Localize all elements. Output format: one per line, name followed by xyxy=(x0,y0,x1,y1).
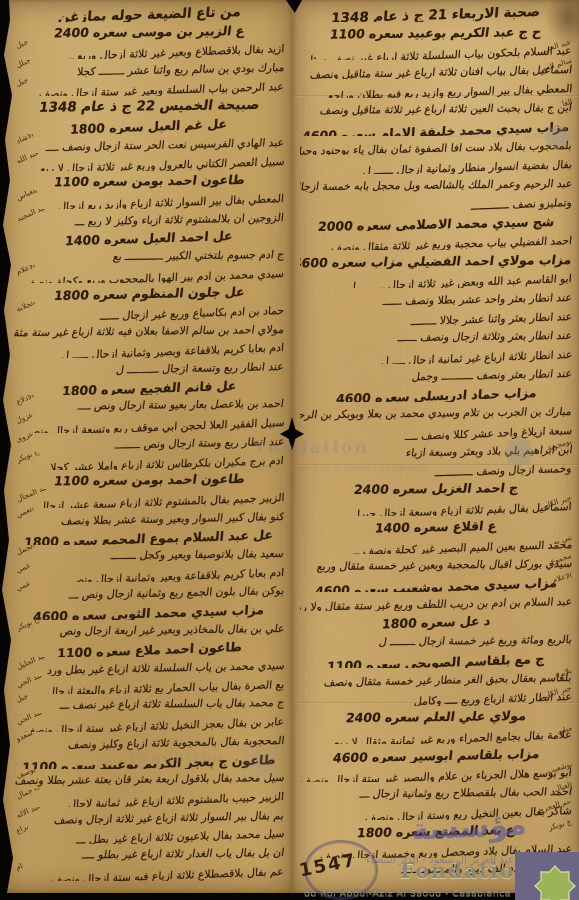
entry-line: جبللمبارك بودي بن سالم ربع واثنا عشر ـــ… xyxy=(14,59,284,78)
entry-line: مجموعسيدي بوركل اقبال بالمحجبة وبعين غير… xyxy=(300,554,572,573)
handwritten-text: مبارك بودي بن سالم ربع واثنا عشر ـــــــ… xyxy=(76,59,284,78)
handwritten-text: سبيل الفقير العلا لحجن ابي موقف ربع وتسع… xyxy=(26,414,284,433)
price-line: طاعون احمد بومن سعره 1100 xyxy=(14,470,284,489)
handwritten-text: محمد السبع بعين الميم البصير غير كجلة ون… xyxy=(349,535,572,554)
price-line: مزاب حماد ادريسلي سعره 4600 xyxy=(300,383,572,402)
margin-note: الادلاع xyxy=(14,395,37,412)
handwritten-text: بم بفال بير السوار ثلاثة ازباع غير ثلاثة… xyxy=(53,807,284,826)
handwritten-text: ازيد بفال بلاقصطلاع وبعير غير ثلاثة ازجا… xyxy=(60,40,284,59)
margin-note: عبد المجيد xyxy=(14,209,51,228)
entry-line: عند انطار بعثر واثنا عشر جلالا ــــــــ xyxy=(300,307,572,326)
handwritten-text: طاعون ج بعجر الكريم بوعبيد سعره 1100 xyxy=(22,751,277,770)
price-line: مزاب سيدي محمد الثوبي سعره 4600 xyxy=(14,601,284,620)
handwritten-text: د عل سعره 1800 xyxy=(381,611,491,630)
handwritten-text: احمد بن بلاعصل بعار بعيو ستة ازجال ونص ـ… xyxy=(77,395,284,414)
handwritten-text: ادم بعابا كريم بلاقفاعة وبصير وثمانية از… xyxy=(61,339,284,358)
handwritten-text: ح ج عبد الكريم بوعبيد سعره 1100 xyxy=(329,22,543,41)
handwritten-text: بلقاسم بعقال بحبق الغر منطار غير خمسة مث… xyxy=(323,668,572,687)
entry-line: بني بهمحمد السبع بعين الميم البصير غير ك… xyxy=(300,535,572,554)
entry-line: عبد الحيعبد السلام بلحكون بياب السلسلة ث… xyxy=(300,41,572,60)
price-line: عل عبد السلام بموع المجمع سعره 1800 xyxy=(14,526,284,545)
handwritten-text: ابن ج بفال بحبث العين ثلاثة ارباع غير ثل… xyxy=(319,98,572,117)
handwritten-text: طاعون احمد بومن سعره 1100 xyxy=(52,470,245,489)
entry-line: عبد الحيبع الصرة بفال بياب الحمار بع ثلا… xyxy=(14,676,284,695)
handwritten-text: شج سيدي محمد الاصلامي سعره 2000 xyxy=(317,212,556,231)
handwritten-text: مولاي احمد بن سالم الاصفا بعلان فيه ثلاث… xyxy=(14,321,284,340)
handwritten-text: عند انطار بعثر وثلاثة ازجال ونصف ــــــ xyxy=(397,326,572,345)
margin-note: جبل xyxy=(14,694,32,709)
entry-line: مبليعلامة بفال بجامع الحمراء وربع غير ثم… xyxy=(300,725,572,744)
entry-line: مولاي احمد بن سالم الاصفا بعلان فيه ثلاث… xyxy=(14,321,284,340)
price-line: الاعلاممزاب سيدي محمد بوشعيب سعره 4600 xyxy=(300,573,572,592)
handwritten-text: ابو بوسع هلال الجرباء بن علام والبصير غي… xyxy=(300,763,572,782)
handwritten-text: سعيد بفال بلاتوصيفا وبعير وكجل ــــــــ xyxy=(110,545,284,564)
entry-line: عبد السلام بن ادم بن دريب اللطف وربع غير… xyxy=(300,592,572,611)
handwritten-text: سيدي بوركل اقبال بالمحجبة وبعين غير خمسة… xyxy=(315,554,572,573)
entry-line: الادلاعاحمد بن بلاعصل بعار بعيو ستة ازجا… xyxy=(14,395,284,414)
handwritten-text: عند انطار بعثر ونصف ــــــــــ وجمل xyxy=(411,364,572,383)
handwritten-text: كنو بفال كبير السوار وبعير وستة عشر بطلا… xyxy=(60,508,284,527)
entry-line: عبد المجيدالزوجين ان بلالمشتوم ثلاثة ازب… xyxy=(14,209,284,228)
handwritten-text: عند انطار ربع وستة ازجال ونص ــــــــ xyxy=(114,433,284,452)
price-line: مزاب سيدي محمد خليفة الامام سعره 4600 xyxy=(300,117,572,136)
handwritten-text: عل عبد السلام بموع المجمع سعره 1800 xyxy=(24,526,275,545)
handwritten-text: بوكن بفال بلون الجمع ربع وثمانية ازجال و… xyxy=(68,582,284,601)
entry-line: بلابرةبلقاسم بعقال بحبق الغر منطار غير خ… xyxy=(300,668,572,687)
price-line: مولاي علي العلم سعره 2400 xyxy=(300,706,572,725)
handwritten-text: طاعون احمد بومن سعره 1100 xyxy=(52,171,245,190)
handwritten-text: عند انطار بعثر واحد عشر بطلا ونصف ــــــ xyxy=(382,288,572,307)
handwritten-text: طاعون احمد ملاع سعره 1100 xyxy=(56,638,242,657)
margin-note: الاشاد xyxy=(14,134,37,151)
entry-line: عند انطار بعثر ونصف ــــــــــ وجمل xyxy=(300,364,572,383)
margin-note: ج بوبكر xyxy=(546,820,572,837)
handwritten-text: سبيل العصر الكتاني بالعرول وربع غير ثلاث… xyxy=(39,153,284,172)
entry-line: عميبوكن بفال بلون الجمع ربع وثمانية ازجا… xyxy=(14,582,284,601)
handwritten-text: صبيحة الخميس 22 ج ذ عام 1348 xyxy=(37,96,260,115)
price-line: ح ج عبد الكريم بوعبيد سعره 1100 xyxy=(300,22,572,41)
margin-note: سعدو xyxy=(14,732,37,748)
handwritten-text: سيل محمد بفال بلاعيون ثلاثة ازباع غير بط… xyxy=(75,825,284,844)
handwritten-text: ج ادم جسوم بلتختي الكبير ــــــــــــ بع xyxy=(112,246,284,265)
handwritten-text: المحجوبة بفال بالمحجوبة ثلاثة ازباع وكلي… xyxy=(67,732,284,751)
entry-line: ج بوبكرادم برج مكيران بلكرطاس ثلاثة ازبا… xyxy=(14,452,284,471)
handwritten-text: ج احمد الغزبل سعره 2400 xyxy=(352,478,519,497)
handwritten-text: وخمسة ازجال ونصف ــــــــــــ xyxy=(435,459,572,478)
handwritten-text: من تاع الضيعة حوله بمازغن xyxy=(57,3,241,22)
entry-line: مبارك بن الجرب بن تلام وسيدي محمد بن بعل… xyxy=(300,402,572,421)
margin-note: العمي xyxy=(14,508,38,525)
handwritten-text: مزاب سيدي محمد الثوبي سعره 4600 xyxy=(33,601,266,620)
entry-line: عبد الحيعابر بن بفال بعجز النخيل ثلاثة ا… xyxy=(14,713,284,732)
price-line: ج احمد الغزبل سعره 2400 xyxy=(300,478,572,497)
margin-note: ج بوبكر xyxy=(14,452,42,470)
left-text-column: من تاع الضيعة حوله بمازغنع الزبير بن موس… xyxy=(14,0,284,900)
handwritten-text: ج مع بلقاسم الصوبحي سعره 1100 xyxy=(327,649,546,668)
handwritten-text: سيدي محمد بن ادم بير الهوا بالمحجوب وربع… xyxy=(24,265,284,284)
handwritten-text: حماد بن ادم بكاسباع وربع غير ازجال ـــــ… xyxy=(99,302,284,321)
handwritten-text: ابن ابراهيم بلي بلاد وبعثر وسبعة ازباء xyxy=(404,440,572,459)
entry-line: عميادم بعابا كريم بلاقفاعة وبعير وثمانية… xyxy=(14,564,284,583)
handwritten-text: عند انطار بعثر واثنا عشر جلالا ــــــــ xyxy=(410,307,572,326)
price-line: مزاب بلقاسم ابوسير سعره 4600 xyxy=(300,744,572,763)
handwritten-text: مبارك بن الجرب بن تلام وسيدي محمد بن بعل… xyxy=(300,402,572,421)
entry-line: جبلازيد بفال بلاقصطلاع وبعير غير ثلاثة ا… xyxy=(14,40,284,59)
price-line: شج سيدي محمد الاصلامي سعره 2000 xyxy=(300,212,572,231)
margin-note: عمي xyxy=(14,582,34,598)
entry-line: غزولسبيل الفقير العلا لحجن ابي موقف ربع … xyxy=(14,414,284,433)
entry-line: الحملسعيد بفال بلاتوصيفا وبعير وكجل ــــ… xyxy=(14,545,284,564)
entry-line: عند انطار ثلاثة ازباع غير ثمانية ازجال ـ… xyxy=(300,345,572,364)
margin-note: عبد الحي xyxy=(14,676,47,695)
entry-line: وخمسة ازجال ونصف ــــــــــــ xyxy=(300,459,572,478)
margin-note: عبد الله xyxy=(14,153,43,171)
handwritten-text: بفال بفضية انسوار منطار وثمانية ازجال ــ… xyxy=(362,155,572,174)
handwritten-text: ع الزبير بن موسى سعره 2400 xyxy=(52,22,245,41)
price-line: ج مع بلقاسم الصوبحي سعره 1100 xyxy=(300,649,572,668)
entry-line: جبلعبد الرحمن بياب السلسلة وبعير غير ستة… xyxy=(14,78,284,97)
margin-note: عمي xyxy=(14,564,34,580)
handwritten-text: جلاص بني بلاد الف ديور والمحمود ـــــ xyxy=(401,858,572,877)
price-line: ع الزبير بن موسى سعره 2400 xyxy=(14,22,284,41)
entry-line: ان بل بفال ياب الغدار ثلاثة ازباع غير بط… xyxy=(14,844,284,863)
handwritten-text: عبد السلام بلحكون بياب السلسلة ثلاثة ارب… xyxy=(305,41,572,60)
date-header: صبيحة الخميس 22 ج ذ عام 1348 xyxy=(14,96,284,115)
price-line: عل فانم الفجيع سعره 1800 xyxy=(14,377,284,396)
handwritten-text: عابر بن بفال بعجز النخيل ثلاثة ازباع غير… xyxy=(24,713,284,732)
entry-line: بفال بفضية انسوار منطار وثمانية ازجال ــ… xyxy=(300,155,572,174)
entry-line: ابو القاسم عبد الله وبعض غير ثلاثة ازجال… xyxy=(300,269,572,288)
entry-line: احمد الفضيلي بياب محجبة وربع غير ثلاثة م… xyxy=(300,231,572,250)
handwritten-text: عل جلون المنظوم سعره 1800 xyxy=(53,283,246,302)
handwritten-text: اسماعيل بفال بياب افنان ثلاثة ارباع غير … xyxy=(309,60,572,79)
entry-line: عبد اللهسبيل العصر الكتاني بالعرول وربع … xyxy=(14,153,284,172)
margin-note: ج بوبكر xyxy=(14,620,42,638)
entry-line: عند انطار بعثر وثلاثة ازجال ونصف ــــــ xyxy=(300,326,572,345)
handwritten-text: ابو القاسم عبد الله وبعض غير ثلاثة ازجال… xyxy=(348,269,572,288)
entry-line: عم العجريشاكر بفال بعين النخيل ربع وستة … xyxy=(300,801,572,820)
handwritten-text: بع الصرة بفال بياب الحمار بع ثلاثة ازباع… xyxy=(46,676,284,695)
handwritten-text: مزاب حماد ادريسلي سعره 4600 xyxy=(335,383,537,402)
handwritten-text: المعطي بفال بير السوار ربع وازيد ربع فيه… xyxy=(327,79,572,98)
handwritten-text: عند انطار ربع وتسعة ازجال ــــــــــ ل xyxy=(115,358,284,377)
handwritten-text: ادم بعابا كريم بلاقفاعة وبعير وثمانية از… xyxy=(70,564,284,583)
handwritten-text: عل احمد العبل سعره 1400 xyxy=(64,227,233,246)
handwritten-text: المعطي بفال بير السوار ثلاثة ازباع وازيد… xyxy=(58,190,284,209)
handwritten-text: مزاب بلقاسم ابوسير سعره 4600 xyxy=(332,744,541,763)
price-line: طاعون ج بعجر الكريم بوعبيد سعره 1100 xyxy=(14,751,284,770)
handwritten-text: بلمحجوب بفال بلاد ست افا الصفوة ثمان بفا… xyxy=(300,136,572,155)
handwritten-text: عبد السلام بن ادم بن دريب اللطف وربع غير… xyxy=(300,592,572,611)
handwritten-text: عبد الهادي الفرسيس نعت الحر ستة ازجال ون… xyxy=(45,134,284,153)
handwritten-text: مولاي علي العلم سعره 2400 xyxy=(344,706,527,725)
handwritten-text: عند انطار ثلاثة ازباع غير ثمانية ازجال ـ… xyxy=(380,345,572,364)
margin-note: غزوى xyxy=(14,433,37,449)
price-line: طاعون احمد بومن سعره 1100 xyxy=(14,171,284,190)
price-line: عل جلون المنظوم سعره 1800 xyxy=(14,283,284,302)
handwritten-text: عبد الرحيم وعمر الملك بالشالصه وبل محجل … xyxy=(300,174,572,193)
handwritten-text: الزبير جميم بفال بالمشتوم ثلاثة ازباع سب… xyxy=(37,489,284,508)
handwritten-text: احمد الحب بفال بلقصطلاح ربع وثمانية ازجا… xyxy=(359,782,572,801)
entry-line: الاعلامسيدي محمد بن ادم بير الهوا بالمحج… xyxy=(14,265,284,284)
entry-line: بالربع ومائة وربع غير خمسة ازجال ـــــــ… xyxy=(300,630,572,649)
date-header: صحبة الاربعاء 21 ج ذ عام 1348 xyxy=(300,3,572,22)
right-text-column: صحبة الاربعاء 21 ج ذ عام 1348ح ج عبد الك… xyxy=(300,0,572,900)
handwritten-text: عبد الرحمن بياب السلسلة وبعير غير ستة از… xyxy=(26,78,284,97)
handwritten-text: مزاب مولاي احمد الفضيلي مزاب سعره 4600 xyxy=(300,250,572,269)
handwritten-text: الزبير حبيب بالمشتوم ثلاثة ازباع غير ثما… xyxy=(68,788,284,807)
entry-line: ذا جمالالزبير حبيب بالمشتوم ثلاثة ازباع … xyxy=(14,788,284,807)
entry-line: عبد الجليلسيدي محمد بن ياب السلسلة ثلاثة… xyxy=(14,657,284,676)
handwritten-text: عل غم العبل سعره 1800 xyxy=(70,115,228,134)
handwritten-text: مزاب سيدي محمد بوشعيب سعره 4600 xyxy=(314,573,557,592)
entry-line: غزوىعند انطار ربع وستة ازجال ونص ـــــــ… xyxy=(14,433,284,452)
margin-note: جبل xyxy=(14,40,32,55)
entry-line: عند انطار ربع وتسعة ازجال ــــــــــ ل xyxy=(14,358,284,377)
entry-line: سعدوالمحجوبة بفال بالمحجوبة ثلاثة ازباع … xyxy=(14,732,284,751)
entry-line: وتمليزو نصف ــــــــــــ xyxy=(300,193,572,212)
handwritten-text: عند انطار ثلاثة ازباع وربع ــــ وكامل xyxy=(413,687,572,706)
handwritten-text: سيدي محمد بن ياب السلسلة ثلاثة ازباع غير… xyxy=(45,657,284,676)
entry-line: يوسفسيل محمد بفال بلاقول اربعة بعثر قان … xyxy=(14,769,284,788)
price-line: عل احمد العبل سعره 1400 xyxy=(14,227,284,246)
entry-line: ج ادم جسوم بلتختي الكبير ــــــــــــ بع xyxy=(14,246,284,265)
entry-line: سبعة ازيلاغ واحد عشر كللا ونصف ــــ xyxy=(300,421,572,440)
entry-line: امعم بفال بلاقصطلاع ثلاثة ازباع فيه ستة … xyxy=(14,863,284,882)
handwritten-text: مزاب سيدي محمد خليفة الامام سعره 4600 xyxy=(302,117,570,136)
handwritten-text: عل فانم الفجيع سعره 1800 xyxy=(61,377,237,396)
price-line: عل غم العبل سعره 1800 xyxy=(14,115,284,134)
entry-line: عبد المجالالزبير جميم بفال بالمشتوم ثلاث… xyxy=(14,489,284,508)
handwritten-text: وتمليزو نصف ــــــــــــ xyxy=(471,193,572,212)
entry-line: بلمحجوب بفال بلاد ست افا الصفوة ثمان بفا… xyxy=(300,136,572,155)
price-line: د عل سعره 1800 xyxy=(300,611,572,630)
entry-line: ج بوبكرعلي بن بفال بالمخاذير وبعير غير ا… xyxy=(14,620,284,639)
handwritten-text: اسماعيل بفال بقيم ثلاثة ازباع وسبعة ازجا… xyxy=(357,497,572,516)
handwritten-text: ع بعد المصنع سعره 1800 xyxy=(356,820,516,839)
entry-line: ادم بعابا كريم بلاقفاعة وبصير وثمانية از… xyxy=(14,339,284,358)
margin-note: عبد الجليل xyxy=(14,657,51,676)
entry-line: بلعباسالمعطي بفال بير السوار ثلاثة ازباع… xyxy=(14,190,284,209)
price-line: طاعون احمد ملاع سعره 1100 xyxy=(14,638,284,657)
handwritten-text: احمد الفضيلي بياب محجبة وربع غير ثلاثة م… xyxy=(317,231,572,250)
entry-line: الاشادعبد الهادي الفرسيس نعت الحر ستة از… xyxy=(14,134,284,153)
entry-line: سالم العماسماعيل بفال بياب افنان ثلاثة ا… xyxy=(300,60,572,79)
margin-note: براع xyxy=(14,825,32,840)
margin-note: ام xyxy=(14,863,26,877)
handwritten-text: عم بفال بلاقصطلاع ثلاثة ازباع فيه ستة از… xyxy=(51,863,284,882)
entry-line: بومجوبةابن ابراهيم بلي بلاد وبعثر وسبعة … xyxy=(300,440,572,459)
handwritten-text: الزوجين ان بلالمشتوم ثلاثة ازباء وكليز ل… xyxy=(74,209,284,228)
price-line: مزاب مولاي احمد الفضيلي مزاب سعره 4600 xyxy=(300,250,572,269)
handwritten-text: شاكر بفال بعين النخيل ربع وستة ازجال ونص… xyxy=(365,801,572,820)
handwritten-text: سيل محمد بفال بلاقول اربعة بعثر قان بعثة… xyxy=(14,769,284,788)
margin-note: بلعباس xyxy=(14,190,41,207)
handwritten-text: ان بل بفال ياب الغدار ثلاثة ازباع غير بط… xyxy=(80,844,284,863)
handwritten-text: ع اقلاع سعره 1400 xyxy=(374,516,498,535)
entry-line: المعطي بفال بير السوار ربع وازيد ربع فيه… xyxy=(300,79,572,98)
entry-line: عند انطار بعثر واحد عشر بطلا ونصف ــــــ xyxy=(300,288,572,307)
handwritten-text: ج محمد بفال ياب السلسلة ثلاثة ازباع غير … xyxy=(58,694,284,713)
margin-note: عبد الاله xyxy=(14,807,44,825)
price-line: ع اقلاع سعره 1400 xyxy=(300,516,572,535)
entry-line: العيالاحمد الحب بفال بلقصطلاح ربع وثماني… xyxy=(300,782,572,801)
entry-line: جبر الكلاسماعيل بفال بقيم ثلاثة ازباع وس… xyxy=(300,497,572,516)
entry-line: بوشعيبابو بوسع هلال الجرباء بن علام والب… xyxy=(300,763,572,782)
margin-note: الحمل xyxy=(14,545,38,562)
entry-line: الجلابةحماد بن ادم بكاسباع وربع غير ازجا… xyxy=(14,302,284,321)
manuscript-scan: من تاع الضيعة حوله بمازغنع الزبير بن موس… xyxy=(0,0,579,900)
handwritten-text: سبعة ازيلاغ واحد عشر كللا ونصف ــــ xyxy=(404,421,572,440)
price-line: ج بوبكرع بعد المصنع سعره 1800 xyxy=(300,820,572,839)
entry-line: عبد الرحيم وعمر الملك بالشالصه وبل محجل … xyxy=(300,174,572,193)
handwritten-text: بالربع ومائة وربع غير خمسة ازجال ـــــــ… xyxy=(378,630,572,649)
margin-note: ذا جمال xyxy=(14,788,43,806)
entry-line: جبلج محمد بفال ياب السلسلة ثلاثة ازباع غ… xyxy=(14,694,284,713)
entry-line: براعسيل محمد بفال بلاعيون ثلاثة ازباع غي… xyxy=(14,825,284,844)
entry-line: الغاابن ج بفال بحبث العين ثلاثة ارباع غي… xyxy=(300,98,572,117)
handwritten-text: ادم برج مكيران بلكرطاس ثلاثة ازباع واملا… xyxy=(50,452,284,471)
date-header: من تاع الضيعة حوله بمازغن xyxy=(14,3,284,22)
entry-line: جبر الكلعند انطار ثلاثة ازباع وربع ــــ … xyxy=(300,687,572,706)
handwritten-text: علي بن بفال بالمخاذير وبعير غير اربعة از… xyxy=(58,620,284,639)
entry-line: العميكنو بفال كبير السوار وبعير وستة عشر… xyxy=(14,508,284,527)
handwritten-text: علامة بفال بجامع الحمراء وربع غير ثمانية… xyxy=(334,725,572,744)
handwritten-text: صحبة الاربعاء 21 ج ذ عام 1348 xyxy=(331,3,542,22)
entry-line: عبد الالهبم بفال بير السوار ثلاثة ازباع … xyxy=(14,807,284,826)
margin-note: الجلابة xyxy=(14,302,39,319)
margin-note: جبلل xyxy=(14,59,34,75)
